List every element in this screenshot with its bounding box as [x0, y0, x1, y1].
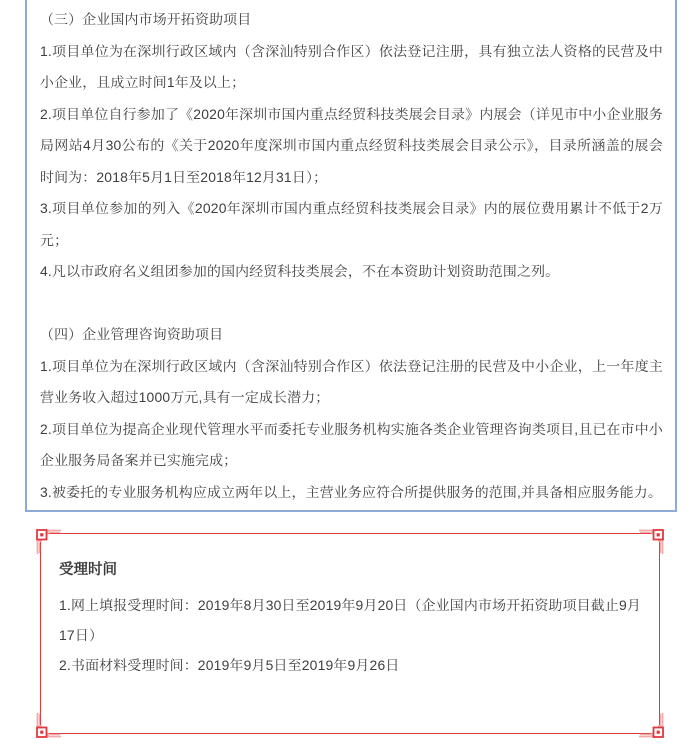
requirements-content-box: （三）企业国内市场开拓资助项目 1.项目单位为在深圳行政区域内（含深汕特别合作区…: [25, 0, 677, 512]
document-page: （三）企业国内市场开拓资助项目 1.项目单位为在深圳行政区域内（含深汕特别合作区…: [0, 0, 700, 747]
notice-item-paper: 2.书面材料受理时间：2019年9月5日至2019年9月26日: [59, 650, 641, 680]
corner-ornament-icon: [638, 529, 664, 555]
section-3-item-3: 3.项目单位参加的列入《2020年深圳市国内重点经贸科技类展会目录》内的展位费用…: [40, 193, 663, 256]
notice-heading: 受理时间: [59, 555, 641, 585]
section-4-item-3: 3.被委托的专业服务机构应成立两年以上，主营业务应符合所提供服务的范围,并具备相…: [40, 477, 663, 509]
notice-item-online: 1.网上填报受理时间：2019年8月30日至2019年9月20日（企业国内市场开…: [59, 590, 641, 650]
section-spacer: [40, 288, 663, 320]
corner-ornament-icon: [36, 529, 62, 555]
section-3-item-1: 1.项目单位为在深圳行政区域内（含深汕特别合作区）依法登记注册，具有独立法人资格…: [40, 36, 663, 99]
corner-ornament-icon: [36, 712, 62, 738]
section-heading-4: （四）企业管理咨询资助项目: [40, 319, 663, 351]
section-3-item-4: 4.凡以市政府名义组团参加的国内经贸科技类展会，不在本资助计划资助范围之列。: [40, 256, 663, 288]
section-heading-3: （三）企业国内市场开拓资助项目: [40, 4, 663, 36]
section-3-item-2: 2.项目单位自行参加了《2020年深圳市国内重点经贸科技类展会目录》内展会（详见…: [40, 99, 663, 194]
acceptance-time-notice-box: 受理时间 1.网上填报受理时间：2019年8月30日至2019年9月20日（企业…: [40, 533, 660, 734]
section-4-item-1: 1.项目单位为在深圳行政区域内（含深汕特别合作区）依法登记注册的民营及中小企业，…: [40, 351, 663, 414]
section-4-item-2: 2.项目单位为提高企业现代管理水平而委托专业服务机构实施各类企业管理咨询类项目,…: [40, 414, 663, 477]
corner-ornament-icon: [638, 712, 664, 738]
